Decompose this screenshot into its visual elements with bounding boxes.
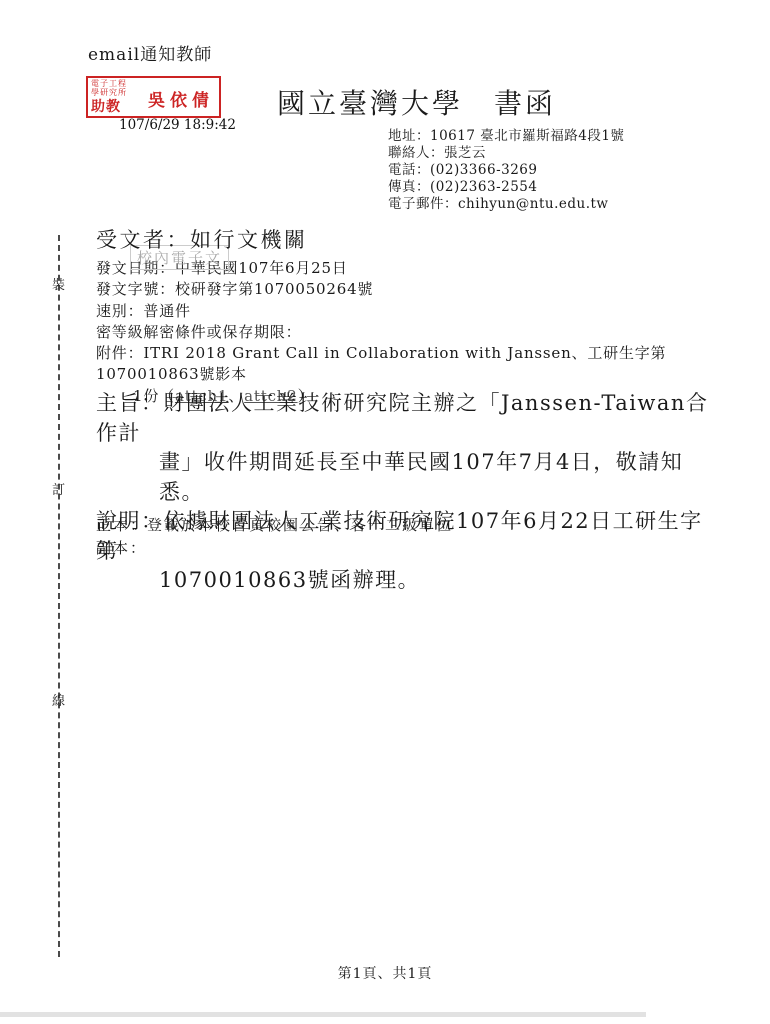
recipient-line: 受文者：如行文機關 bbox=[96, 224, 308, 254]
stamp-job-title: 助教 bbox=[91, 96, 121, 116]
red-signature-stamp: 電子工程 學研究所 助教 吳依倩 bbox=[86, 76, 221, 118]
binding-mark-xian: 線 bbox=[51, 690, 66, 709]
subject-and-description: 主旨：財團法人工業技術研究院主辦之「Janssen-Taiwan合作計 畫」收件… bbox=[96, 389, 716, 596]
document-fields: 發文日期：中華民國107年6月25日 發文字號：校研發字第1070050264號… bbox=[96, 258, 726, 407]
stamp-signer-name: 吳依倩 bbox=[148, 86, 214, 111]
original-copy-line: 正本：登載於本校首頁校園公告、各一二級單位 bbox=[96, 514, 453, 537]
page-number-footer: 第1頁、共1頁 bbox=[0, 963, 770, 983]
contact-phone: 電話：(02)3366-3269 bbox=[388, 162, 624, 179]
document-title: 國立臺灣大學 書函 bbox=[277, 82, 556, 122]
subject-line1: 主旨：財團法人工業技術研究院主辦之「Janssen-Taiwan合作計 bbox=[96, 389, 716, 448]
bottom-gray-bar bbox=[0, 1012, 646, 1017]
stamp-department: 電子工程 學研究所 bbox=[91, 79, 127, 97]
contact-address: 地址：10617 臺北市羅斯福路4段1號 bbox=[388, 128, 624, 145]
official-letter-page: email通知教師 電子工程 學研究所 助教 吳依倩 107/6/29 18:9… bbox=[0, 0, 770, 1024]
field-attachment-line1: 附件：ITRI 2018 Grant Call in Collaboration… bbox=[96, 343, 726, 386]
binding-dashed-line bbox=[58, 235, 60, 957]
field-security: 密等級解密條件或保存期限： bbox=[96, 322, 726, 343]
binding-mark-zhuang: 裝 bbox=[51, 274, 66, 293]
copies-block: 正本：登載於本校首頁校園公告、各一二級單位 副本： bbox=[96, 514, 453, 560]
contact-fax: 傳真：(02)2363-2554 bbox=[388, 179, 624, 196]
contact-person: 聯絡人：張芝云 bbox=[388, 145, 624, 162]
description-line2: 1070010863號函辦理。 bbox=[96, 566, 716, 596]
stamp-department-line1: 電子工程 bbox=[91, 79, 127, 88]
contact-email: 電子郵件：chihyun@ntu.edu.tw bbox=[388, 196, 624, 213]
contact-block: 地址：10617 臺北市羅斯福路4段1號 聯絡人：張芝云 電話：(02)3366… bbox=[388, 128, 624, 213]
subject-line2: 畫」收件期間延長至中華民國107年7月4日，敬請知悉。 bbox=[96, 448, 716, 507]
stamp-timestamp: 107/6/29 18:9:42 bbox=[119, 117, 236, 133]
email-notify-note: email通知教師 bbox=[88, 40, 212, 65]
field-speed: 速別：普通件 bbox=[96, 301, 726, 322]
binding-mark-ding: 訂 bbox=[51, 479, 66, 498]
field-doc-number: 發文字號：校研發字第1070050264號 bbox=[96, 279, 726, 300]
cc-copy-line: 副本： bbox=[96, 537, 453, 560]
